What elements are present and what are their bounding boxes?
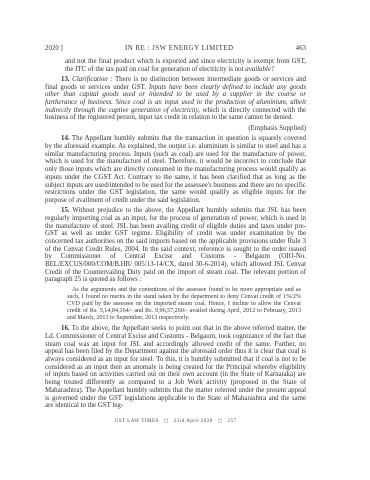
text-column: 2020 ] IN RE : JSW ENERGY LIMITED 463 an…: [45, 45, 306, 412]
footer-journal-name: GST LAW TIMES: [115, 418, 159, 424]
running-head: 2020 ] IN RE : JSW ENERGY LIMITED 463: [45, 45, 306, 53]
paragraph-16: 16. To the above, the Appellant seeks to…: [45, 325, 306, 410]
carryover-quote: and not the final product which is expor…: [65, 58, 306, 73]
page-footer: GST LAW TIMES □ 23rd April 2020 □ 257: [45, 418, 306, 424]
footer-issue-page: 257: [227, 418, 236, 424]
footer-issue-date: 23rd April 2020: [174, 418, 213, 424]
order-extract-quote: As the arguments and the contentions of …: [67, 287, 301, 322]
header-year-folio: 2020 ]: [45, 45, 63, 53]
footer-separator-icon: □: [218, 419, 223, 424]
paragraph-13: 13. Clarification : There is no distinct…: [45, 76, 306, 122]
paragraph-14: 14. The Appellant humbly submits that th…: [45, 135, 306, 204]
scanned-document-page: 2020 ] IN RE : JSW ENERGY LIMITED 463 an…: [0, 0, 370, 480]
emphasis-supplied-note: (Emphasis Supplied): [45, 125, 306, 133]
paragraph-15: 15. Without prejudice to the above, the …: [45, 207, 306, 284]
header-case-title: IN RE : JSW ENERGY LIMITED: [125, 45, 234, 53]
page-body: and not the final product which is expor…: [45, 58, 306, 410]
footer-separator-icon: □: [164, 419, 169, 424]
header-page-number: 463: [296, 45, 306, 53]
